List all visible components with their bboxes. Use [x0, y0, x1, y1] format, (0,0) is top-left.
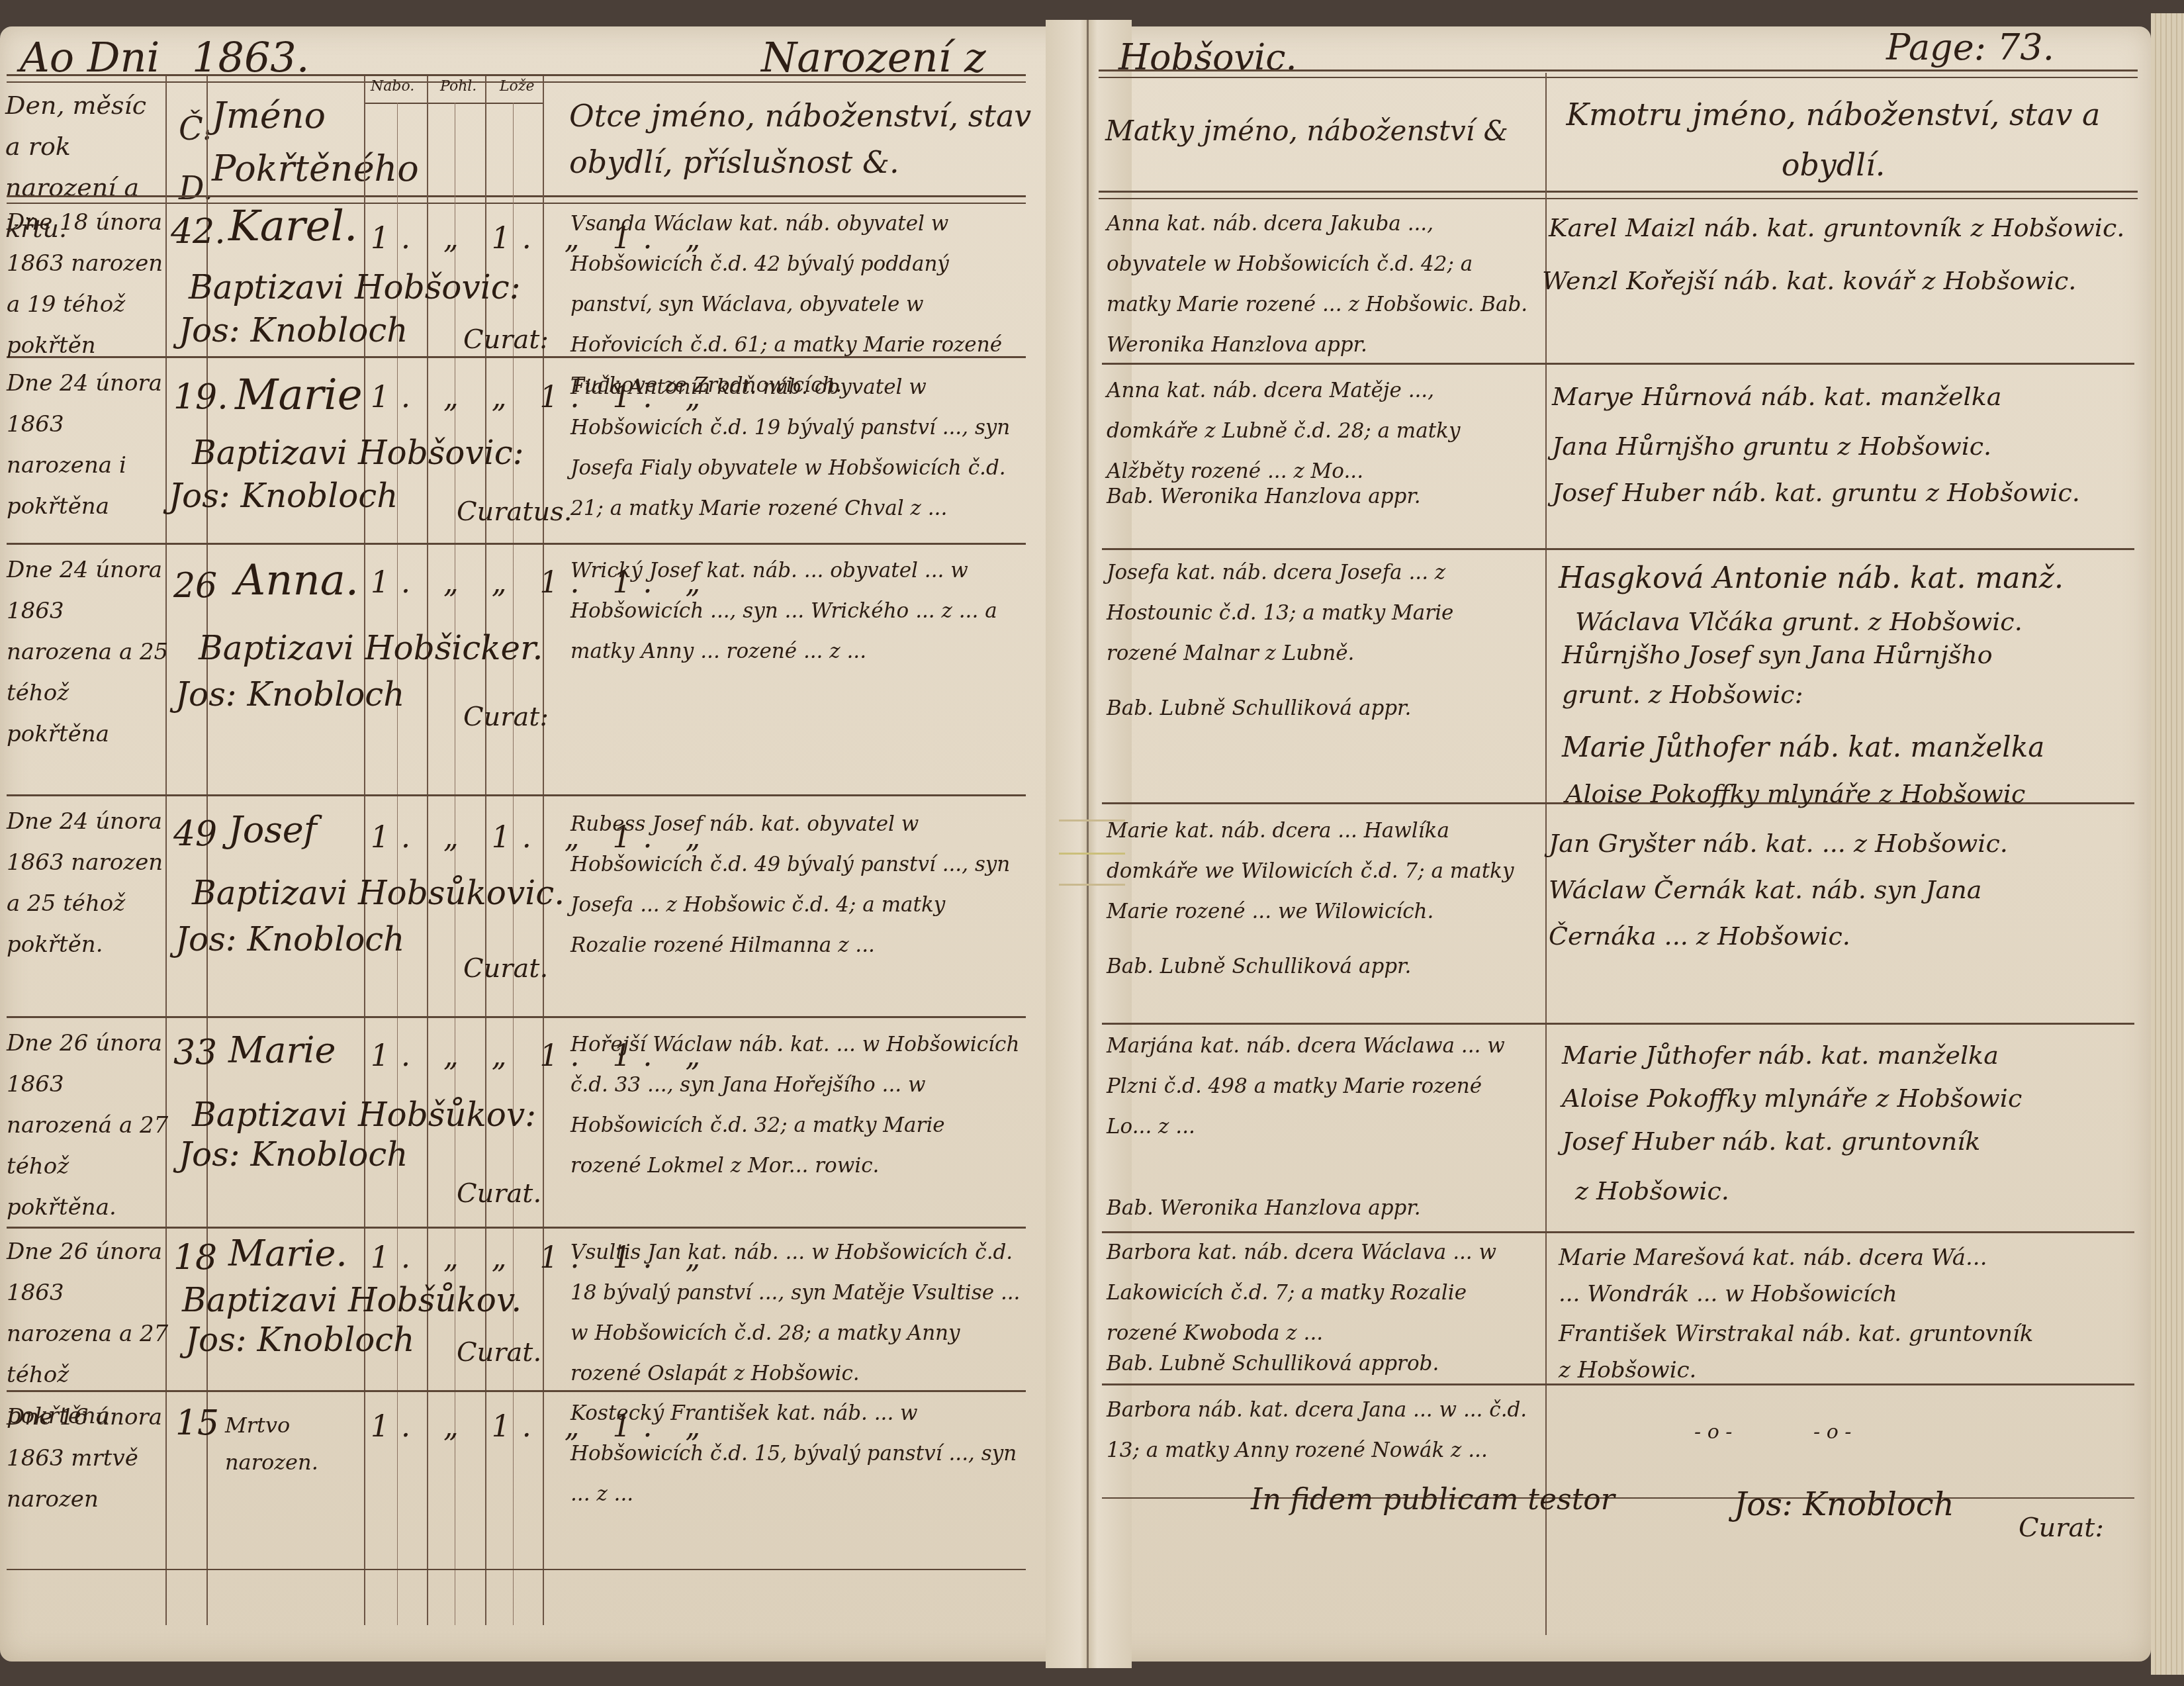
entry-priest-name: Jos: Knobloch [169, 477, 398, 515]
entry-godparent: z Hobšowic. [1575, 1168, 2131, 1213]
entry-curate: Curat. [457, 1337, 541, 1368]
row-rule [1102, 548, 2134, 550]
entry-godparent: Hůrnjšho Josef syn Jana Hůrnjšho [1562, 632, 2131, 677]
column-divider [1545, 73, 1547, 1635]
col-group-bed: Lože [500, 78, 534, 95]
page-edges [2151, 13, 2184, 1675]
entry-midwife: Bab. Lubně Schulliková approb. [1107, 1344, 1530, 1384]
entry-child-name: Anna. [235, 556, 359, 605]
book-spread: Ao Dni 1863. Narození z Hobšovic. Page: … [0, 0, 2184, 1686]
entry-godparent: Jan Gryšter náb. kat. ... z Hobšowic. [1549, 821, 2131, 866]
col-group-sex: Pohl. [440, 78, 477, 95]
entry-house-number: 42. [171, 212, 226, 252]
entry-godparent: Wenzl Kořejší náb. kat. kovář z Hobšowic… [1542, 258, 2124, 303]
row-rule [1102, 1023, 2134, 1025]
entry-priest-name: Jos: Knobloch [175, 920, 405, 959]
entry-midwife: Bab. Weronika Hanzlova appr. [1107, 1188, 1530, 1229]
entry-father: Wrický Josef kat. náb. ... obyvatel ... … [570, 551, 1021, 672]
entry-house-number: 19. [173, 377, 228, 417]
entry-godparent: Wáclaw Černák kat. náb. syn Jana [1549, 867, 2131, 912]
page-number: Page: 73. [1886, 26, 2054, 68]
signature-title: Curat: [2019, 1513, 2104, 1543]
entry-mother: Josefa kat. náb. dcera Josefa ... z Host… [1107, 553, 1530, 674]
entry-priest-name: Jos: Knobloch [175, 675, 405, 714]
spine-crease [1087, 20, 1089, 1668]
signature: Jos: Knobloch [1734, 1486, 1954, 1523]
entry-baptizer: Baptizavi Hobšicker. [199, 629, 543, 667]
entry-child-name: Josef [228, 809, 317, 851]
entry-godparent: František Wirstrakal náb. kat. gruntovní… [1559, 1314, 2134, 1354]
entry-father: Rubess Josef náb. kat. obyvatel w Hobšow… [570, 804, 1021, 966]
column-divider [364, 76, 365, 1625]
entry-curate: Curat. [457, 1178, 541, 1209]
entry-godparent: ... Wondrák ... w Hobšowicích [1559, 1274, 2134, 1314]
entry-godparent: Marye Hůrnová náb. kat. manželka [1552, 374, 2134, 419]
entry-midwife: Bab. Lubně Schulliková appr. [1107, 688, 1530, 729]
entry-child-name: Marie [235, 371, 363, 420]
entry-godparent: Aloise Pokoffky mlynáře z Hobšowic [1562, 1076, 2131, 1121]
entry-godparent: Marie Jůthofer náb. kat. manželka [1562, 1033, 2131, 1078]
entry-curate: Curatus. [457, 496, 572, 527]
entry-mother: Anna kat. náb. dcera Matěje ..., domkáře… [1107, 371, 1530, 492]
entry-date: Dne 16 února 1863 mrtvě narozen [7, 1397, 169, 1520]
entry-date: Dne 24 února 1863 narozena i pokřtěna [7, 363, 169, 527]
entry-baptizer: Baptizavi Hobšůkov: [192, 1096, 536, 1134]
header-bottom-rule [1099, 191, 2138, 199]
entry-baptizer: Baptizavi Hobšovic: [189, 268, 521, 306]
entry-midwife: Bab. Weronika Hanzlova appr. [1107, 477, 1530, 517]
col-header-mother: Matky jméno, náboženství & [1105, 109, 1516, 153]
entry-godparent-blank: - o - [1813, 1410, 1851, 1455]
row-rule [7, 1016, 1026, 1018]
entry-curate: Curat. [463, 953, 548, 984]
entry-godparent-blank: - o - [1694, 1410, 1732, 1455]
entry-godparent: grunt. z Hobšowic: [1562, 672, 2131, 717]
attestation-text: In fidem publicam testor [1251, 1483, 1615, 1517]
entry-father: Kostecký František kat. náb. ... w Hobšo… [570, 1393, 1021, 1515]
entry-godparent: Jana Hůrnjšho gruntu z Hobšowic. [1552, 424, 2134, 469]
entry-mother: Barbora kat. náb. dcera Wáclava ... w La… [1107, 1233, 1530, 1354]
entry-godparent: Černáka ... z Hobšowic. [1549, 913, 2131, 959]
col-header-name: Jméno Pokřtěného [212, 89, 357, 195]
entry-midwife: Bab. Lubně Schulliková appr. [1107, 947, 1530, 987]
row-rule [7, 543, 1026, 545]
entry-godparent: Karel Maizl náb. kat. gruntovník z Hobšo… [1549, 205, 2131, 250]
entry-child-name: Marie [228, 1029, 336, 1071]
entry-house-number: 26 [173, 566, 217, 606]
entry-mother: Barbora náb. kat. dcera Jana ... w ... č… [1107, 1390, 1530, 1471]
entry-godparent: Josef Huber náb. kat. gruntu z Hobšowic. [1552, 470, 2134, 515]
row-rule [7, 794, 1026, 796]
col-header-father: Otce jméno, náboženství, stav obydlí, př… [569, 93, 1032, 185]
entry-curate: Curat: [463, 702, 549, 732]
entry-baptizer: Baptizavi Hobšůkov. [182, 1281, 522, 1319]
entry-priest-name: Jos: Knobloch [179, 1135, 408, 1174]
column-divider [455, 103, 455, 1625]
entry-baptizer: Baptizavi Hobsůkovic. [192, 874, 565, 912]
entry-mother: Marie kat. náb. dcera ... Hawlíka domkář… [1107, 811, 1530, 932]
entry-father: Hořejší Wáclaw náb. kat. ... w Hobšowicí… [570, 1025, 1021, 1186]
subheader-rule [364, 103, 543, 104]
entry-mother: Marjána kat. náb. dcera Wáclawa ... w Pl… [1107, 1026, 1530, 1147]
entry-house-number: 18 [173, 1238, 217, 1278]
entry-father: Vsultis Jan kat. náb. ... w Hobšowicích … [570, 1233, 1021, 1394]
entry-godparent: Aloise Pokoffky mlynáře z Hobšowic [1565, 771, 2134, 816]
col-group-religion: Nabo. [371, 78, 414, 95]
entry-child-name: Karel. [228, 202, 357, 251]
entry-house-number: 49 [173, 814, 217, 854]
entry-godparent: Marie Marešová kat. náb. dcera Wá... [1559, 1238, 2134, 1278]
entry-father: Fiala Antonín kat. náb. obyvatel w Hobšo… [570, 367, 1021, 529]
entry-date: Dne 24 února 1863 narozen a 25 téhož pok… [7, 801, 169, 965]
header-rule [1099, 70, 2138, 78]
entry-godparent: Josef Huber náb. kat. gruntovník [1562, 1119, 2131, 1164]
entry-baptizer: Baptizavi Hobšovic: [192, 434, 524, 472]
entry-date: Dne 24 února 1863 narozena a 25 téhož po… [7, 549, 169, 755]
entry-date: Dne 18 února 1863 narozen a 19 téhož pok… [7, 202, 169, 366]
entry-priest-name: Jos: Knobloch [185, 1321, 415, 1359]
entry-child-name: Mrtvo narozen. [225, 1407, 364, 1481]
entry-child-name: Marie. [228, 1233, 347, 1274]
entry-mother: Anna kat. náb. dcera Jakuba ..., obyvate… [1107, 204, 1530, 365]
entry-date: Dne 26 února 1863 narozená a 27 téhož po… [7, 1023, 169, 1228]
entry-godparent: z Hobšowic. [1559, 1350, 2134, 1390]
row-rule [7, 1569, 1026, 1570]
entry-godparent: Hasgková Antonie náb. kat. manž. [1559, 556, 2134, 601]
entry-priest-name: Jos: Knobloch [179, 311, 408, 350]
entry-godparent: Marie Jůthofer náb. kat. manželka [1562, 725, 2131, 770]
entry-house-number: 33 [173, 1033, 217, 1072]
entry-curate: Curat: [463, 324, 549, 355]
entry-house-number: 15 [175, 1403, 219, 1443]
col-header-godparents: Kmotru jméno, náboženství, stav a obydlí… [1535, 89, 2131, 190]
